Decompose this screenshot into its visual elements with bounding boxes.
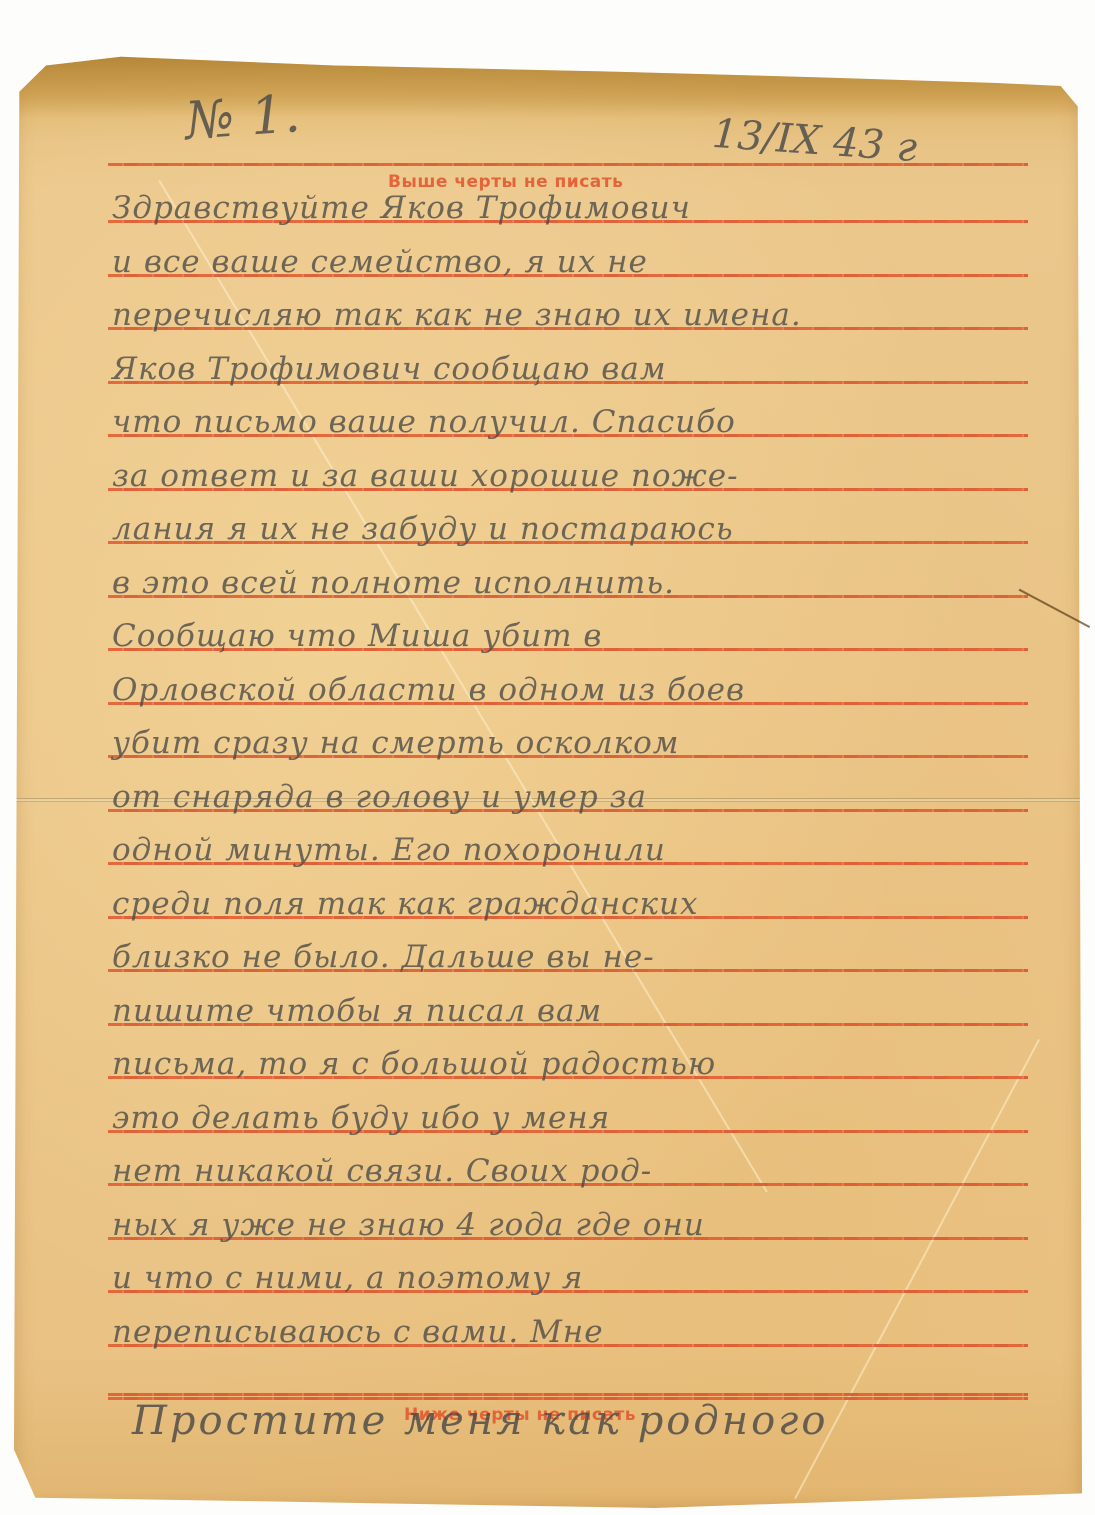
- letter-line: Яков Трофимович сообщаю вам: [112, 351, 667, 387]
- closing-line: Простите меня как родного: [132, 1398, 828, 1444]
- letter-line: за ответ и за ваши хорошие поже-: [112, 458, 739, 494]
- letter-line: и что с ними, а поэтому я: [112, 1260, 583, 1296]
- letter-line: одной минуты. Его похоронили: [112, 832, 666, 868]
- letter-line: что письмо ваше получил. Спасибо: [112, 404, 736, 440]
- letter-line: перечисляю так как не знаю их имена.: [112, 297, 802, 333]
- letter-line: нет никакой связи. Своих род-: [112, 1153, 652, 1189]
- letter-line: от снаряда в голову и умер за: [112, 779, 647, 815]
- letter-line: ных я уже не знаю 4 года где они: [112, 1207, 705, 1243]
- ruled-line: [108, 1393, 1028, 1396]
- letter-line: письма, то я с большой радостью: [112, 1046, 716, 1082]
- letter-line: Здравствуйте Яков Трофимович: [112, 190, 691, 226]
- printed-instruction-top: Выше черты не писать: [388, 172, 623, 192]
- water-stain: [14, 48, 1082, 118]
- letter-line: убит сразу на смерть осколком: [112, 725, 680, 761]
- letter-line: близко не было. Дальше вы не-: [112, 939, 655, 975]
- letter-line: в это всей полноте исполнить.: [112, 565, 675, 601]
- letter-line: лания я их не забуду и постараюсь: [112, 511, 734, 547]
- letter-line: среди поля так как гражданских: [112, 886, 698, 922]
- letter-line: это делать буду ибо у меня: [112, 1100, 610, 1136]
- letter-line: и все ваше семейство, я их не: [112, 244, 648, 280]
- letter-line: переписываюсь с вами. Мне: [112, 1314, 604, 1350]
- letter-line: пишите чтобы я писал вам: [112, 993, 602, 1029]
- letter-number: № 1.: [183, 84, 302, 152]
- letter-line: Орловской области в одном из боев: [112, 672, 745, 708]
- letter-line: Сообщаю что Миша убит в: [112, 618, 602, 654]
